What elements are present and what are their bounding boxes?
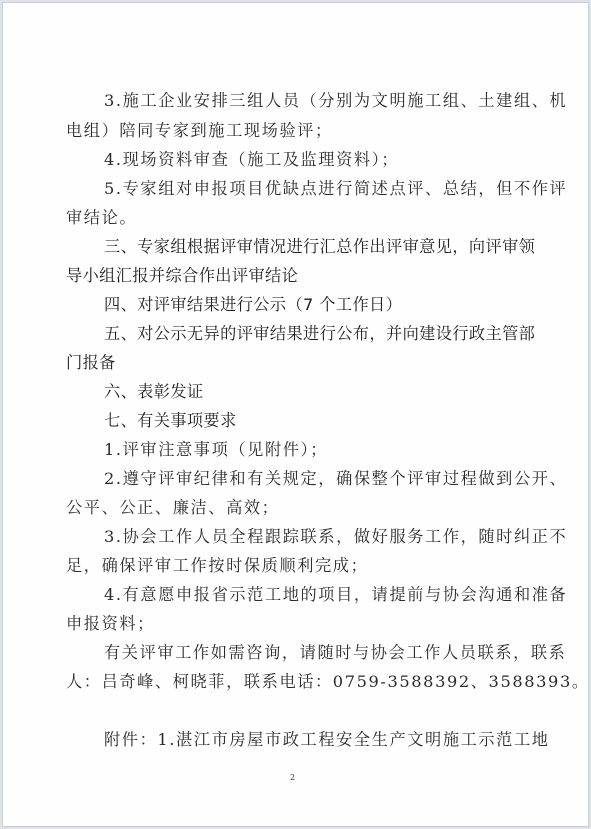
paragraph-item-5-line1: 5.专家组对申报项目优缺点进行简述点评、总结，但不作评	[104, 179, 567, 199]
paragraph-item-4: 4.现场资料审查（施工及监理资料）；	[104, 150, 399, 170]
section-heading-4: 四、对评审结果进行公示（7 个工作日）	[104, 295, 402, 315]
requirement-item-4-line2: 申报资料；	[66, 614, 155, 634]
section-heading-6: 六、表彰发证	[104, 382, 204, 402]
requirement-item-4-line1: 4.有意愿申报省示范工地的项目，请提前与协会沟通和准备	[104, 585, 567, 605]
paragraph-item-3-line1: 3.施工企业安排三组人员（分别为文明施工组、土建组、机	[104, 91, 567, 111]
document-page: 3.施工企业安排三组人员（分别为文明施工组、土建组、机 电组）陪同专家到施工现场…	[2, 2, 589, 827]
requirement-item-3-line2: 足，确保评审工作按时保质顺利完成；	[66, 556, 368, 576]
requirement-item-2-line1: 2.遵守评审纪律和有关规定，确保整个评审过程做到公开、	[104, 469, 567, 489]
section-heading-7: 七、有关事项要求	[104, 411, 237, 431]
section-heading-5-line1: 五、对公示无异的评审结果进行公布，并向建设行政主管部	[104, 324, 535, 344]
paragraph-item-3-line2: 电组）陪同专家到施工现场验评；	[66, 121, 333, 141]
requirement-item-1: 1.评审注意事项（见附件）；	[104, 440, 328, 460]
section-heading-5-line2: 门报备	[66, 353, 116, 373]
page-number: 2	[290, 773, 295, 782]
requirement-item-2-line2: 公平、公正、廉洁、高效；	[66, 498, 279, 518]
requirement-item-3-line1: 3.协会工作人员全程跟踪联系，做好服务工作，随时纠正不	[104, 527, 567, 547]
contact-paragraph-line2: 人：吕奇峰、柯晓菲，联系电话：0759-3588392、3588393。	[66, 672, 590, 692]
attachment-line: 附件：1.湛江市房屋市政工程安全生产文明施工示范工地	[104, 730, 550, 750]
paragraph-item-5-line2: 审结论。	[66, 208, 137, 228]
contact-paragraph-line1: 有关评审工作如需咨询，请随时与协会工作人员联系，联系	[104, 643, 566, 663]
section-heading-3-line1: 三、专家组根据评审情况进行汇总作出评审意见，向评审领	[104, 237, 535, 257]
section-heading-3-line2: 导小组汇报并综合作出评审结论	[66, 266, 298, 286]
